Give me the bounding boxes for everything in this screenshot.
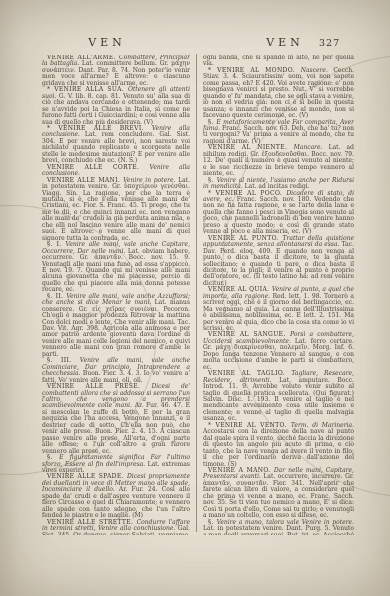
dictionary-entry: VENIRE ALLE MANI. Venire in potere. Lat.… xyxy=(42,178,190,243)
entry-rest: Franc. Sacch. nov. 63. Deh, che ha' tu? … xyxy=(203,125,354,145)
dictionary-entry: VENIRE A MANO. Dar nelle mani, Capitare,… xyxy=(203,468,354,520)
left-column: VENIRE ALL'ARME. Combattere, Principiar … xyxy=(42,55,190,535)
dictionary-entry: * VENIRE AL VENTO. Term. di Marineria. A… xyxy=(203,423,354,468)
dictionary-entry: VENIRE AL SANGUE. Porsi a combattere, Uc… xyxy=(203,332,354,371)
dictionary-entry: VENIRE AL PUNTO. Trattar della quistione… xyxy=(203,236,354,288)
dictionary-entry: VENIRE AL NIENTE. Mancare. Lat. ad nihil… xyxy=(203,145,354,177)
entry-rest: Franc. Sacch. nov. 180. Vedendo che non … xyxy=(203,196,354,235)
dictionary-entry: §. E metaforicamente vale Far comparita,… xyxy=(203,120,354,146)
running-title-right: VEN xyxy=(240,36,330,49)
dictionary-entry: * VENIRE ALLA SUA. Ottenere gli attenti … xyxy=(42,87,190,126)
column-divider xyxy=(196,54,197,532)
entry-rest: Accostarsi con la direzione della nave a… xyxy=(203,428,354,467)
dictionary-entry: §. II. Venire alle mani, vale anche Azzu… xyxy=(42,294,190,359)
entry-rest: G. V. lib. 8. cap. 81. Venuto su' alla s… xyxy=(42,93,190,126)
dictionary-entry: * VENIRE AL MONDO. Nascere. Cecch. Stiav… xyxy=(203,68,354,120)
page-number: 327 xyxy=(319,38,340,49)
dictionary-entry: VENIRE AL TAGLIO. Tagliare, Resecare, Re… xyxy=(203,371,354,423)
dictionary-entry: VENIRE ALL'ARME. Combattere, Principiar … xyxy=(42,55,190,87)
entry-rest: Lat. in potestatem venire. Dant. Purg. 5… xyxy=(203,525,354,535)
dictionary-entry: * VENIRE AL POCO. Dicadere di stato, di … xyxy=(203,191,354,236)
entry-rest: Lat. in potestatem venire. Gr. ὑποχείριο… xyxy=(42,177,190,242)
dictionary-entry: §. I. Venire alle mani, vale anche Capit… xyxy=(42,242,190,294)
dictionary-entry: * VENIRE ALLE BREVI. Venire alla conclus… xyxy=(42,126,190,165)
dictionary-entry: VENIRE ALLE SPADE. Dicesi propriamente d… xyxy=(42,474,190,519)
right-column: ogni banda, che si spande in alto, nè pe… xyxy=(203,55,354,535)
dictionary-entry: VENIRE ALLE STRETTE. Condurre l'affare i… xyxy=(42,520,190,535)
entry-rest: Lat. occurrere, incurrere. Gr. ἀπαντᾶν, … xyxy=(203,473,354,519)
running-title-left: VEN xyxy=(62,36,152,49)
entry-rest: Red. lett. 1. 98. Tornerò a scriver oggi… xyxy=(203,293,354,332)
dictionary-entry: VENIRE ALLE PRESE. Dicesi de' combattent… xyxy=(42,384,190,455)
entry-rest: Tac. Dav. Perd. eloq. 409. E quando non … xyxy=(203,241,354,287)
dictionary-entry: §. E figuratamente significa Far l'ultim… xyxy=(42,455,190,474)
dictionary-entry: VENIRE AL QUIA. Venire al punto, a quel … xyxy=(203,287,354,332)
entry-rest: Lat. manus conserere. Gr. εἰς χεῖρας συν… xyxy=(42,299,190,358)
entry-rest: Lat. amputare. Bocc. Introd. 11. 9. Avre… xyxy=(203,377,354,423)
book-page: VEN VEN 327 VENIRE ALL'ARME. Combattere,… xyxy=(0,0,390,596)
dictionary-entry: §. Venire a mano, talora vale Venire in … xyxy=(203,520,354,535)
dictionary-entry: §. III. Venire alle mani, vale anche Com… xyxy=(42,358,190,384)
entry-rest: Ar. Fur. 46. 47. E si mescolan le zuffe … xyxy=(42,402,190,454)
entry-rest: Cecch. Stiav. 3. 4. Sciauratissim' uom, … xyxy=(203,67,354,119)
entry-rest: ogni banda, che si spande in alto, nè pe… xyxy=(203,55,354,67)
entry-rest: Lat. obviam habere, occurrere. Gr. ἀπαντ… xyxy=(42,248,190,294)
